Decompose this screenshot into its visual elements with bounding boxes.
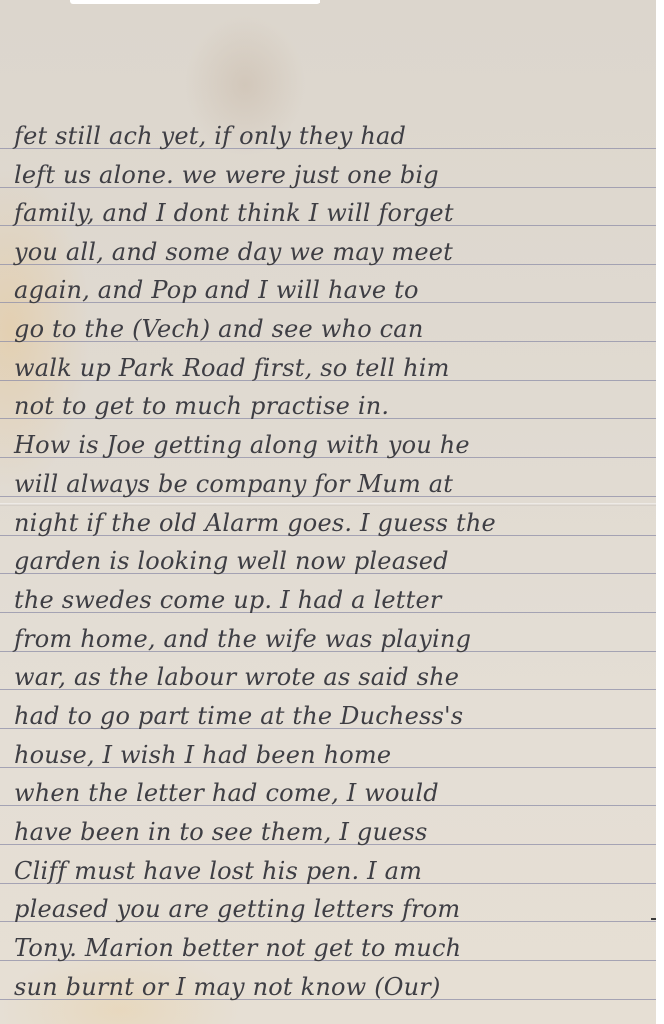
handwritten-line: had to go part time at the Duchess's [14,702,463,730]
handwritten-line: Tony. Marion better not get to much [14,934,461,962]
handwritten-line: house, I wish I had been home [14,741,391,769]
handwritten-line: sun burnt or I may not know (Our) [14,973,441,1001]
handwritten-line: when the letter had come, I would [14,779,439,807]
handwritten-line: from home, and the wife was playing [14,625,471,653]
handwritten-line: war, as the labour wrote as said she [14,663,459,691]
handwritten-line: pleased you are getting letters from [14,895,460,923]
edge-mark [651,918,656,920]
handwritten-line: not to get to much practise in. [14,392,389,420]
handwritten-line: again, and Pop and I will have to [14,276,419,304]
handwritten-line: How is Joe getting along with you he [14,431,470,459]
letter-page: fet still ach yet, if only they had left… [0,0,656,1024]
handwritten-line: go to the (Vech) and see who can [14,315,423,343]
handwritten-line: fet still ach yet, if only they had [14,122,406,150]
handwritten-line: night if the old Alarm goes. I guess the [14,509,496,537]
handwritten-line: Cliff must have lost his pen. I am [14,857,422,885]
handwritten-line: walk up Park Road first, so tell him [14,354,450,382]
handwritten-line: family, and I dont think I will forget [14,199,454,227]
handwritten-line: you all, and some day we may meet [14,238,453,266]
paper-tear [275,0,320,3]
paper-fold-crease [0,503,656,506]
handwritten-line: will always be company for Mum at [14,470,453,498]
handwritten-line: the swedes come up. I had a letter [14,586,442,614]
handwritten-line: left us alone. we were just one big [14,161,439,189]
handwritten-line: garden is looking well now pleased [14,547,449,575]
handwritten-line: have been in to see them, I guess [14,818,428,846]
